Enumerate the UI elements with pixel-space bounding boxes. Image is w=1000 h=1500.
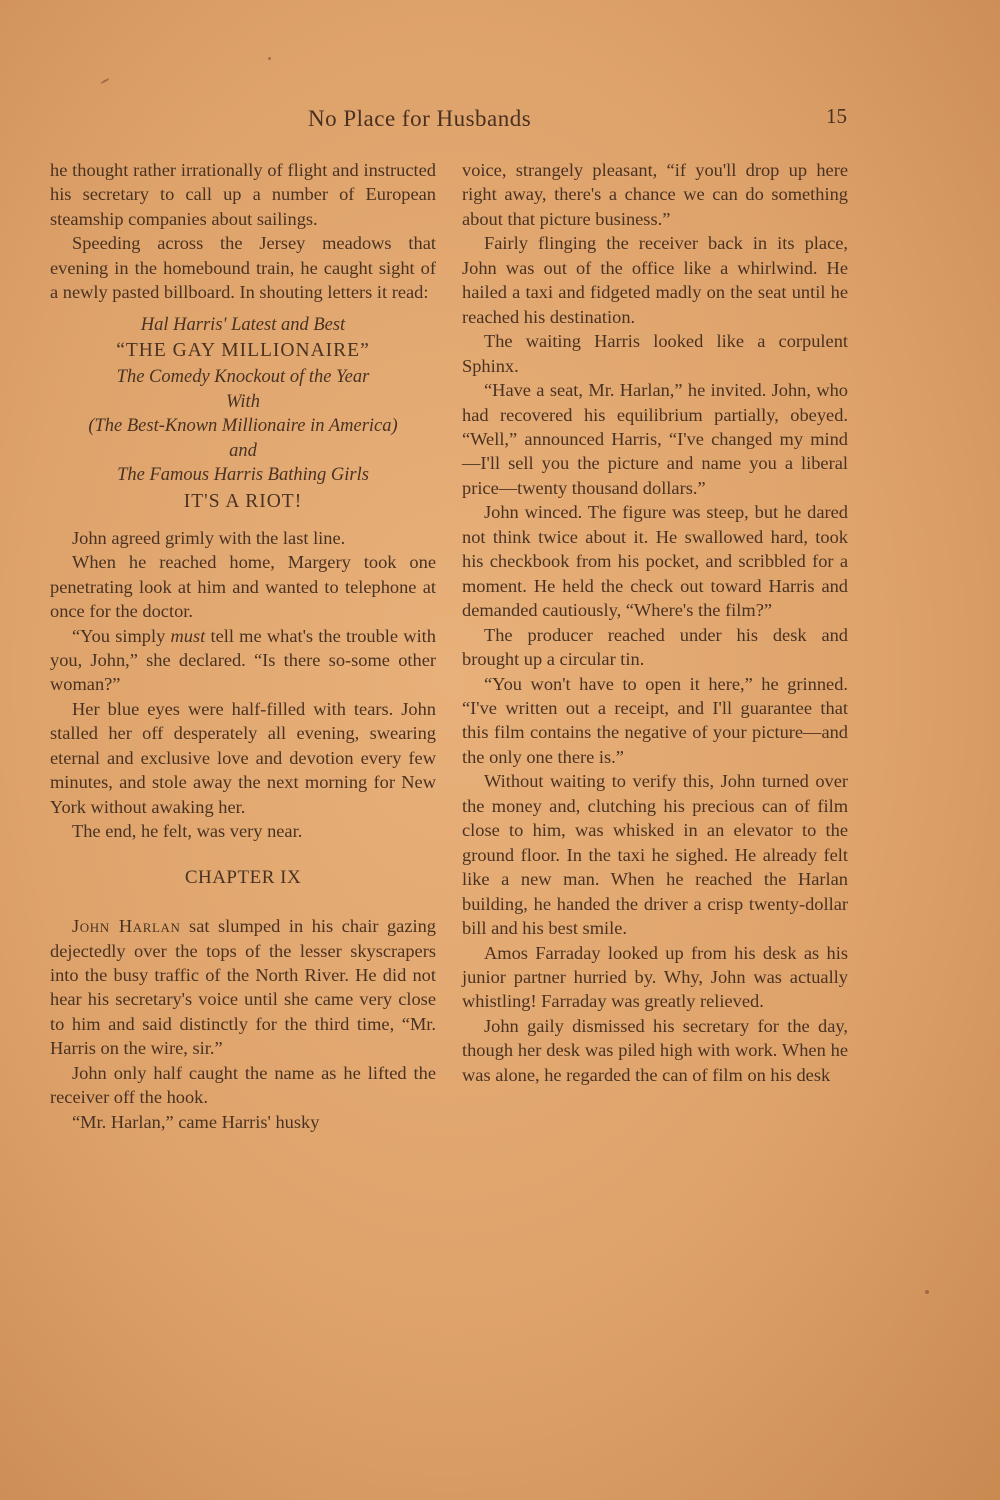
paragraph: John Harlan sat slumped in his chair gaz… [50, 914, 436, 1061]
character-name: John Harlan [72, 916, 181, 936]
paragraph: John agreed grimly with the last line. [50, 526, 436, 550]
paper-speck [100, 78, 110, 85]
right-column: voice, strangely pleasant, “if you'll dr… [462, 158, 848, 1087]
paragraph: John only half caught the name as he lif… [50, 1061, 436, 1110]
running-title: No Place for Husbands [308, 106, 531, 132]
billboard-title: “THE GAY MILLIONAIRE” [50, 337, 436, 365]
billboard-line: With [50, 390, 436, 415]
paragraph: Her blue eyes were half-filled with tear… [50, 697, 436, 819]
billboard-line: and [50, 439, 436, 464]
page-number: 15 [826, 104, 847, 129]
paragraph: voice, strangely pleasant, “if you'll dr… [462, 158, 848, 231]
emphasis: must [171, 626, 206, 646]
chapter-heading: CHAPTER IX [50, 866, 436, 890]
paragraph: “You simply must tell me what's the trou… [50, 624, 436, 697]
paragraph: Speeding across the Jersey meadows that … [50, 231, 436, 304]
billboard-line: The Famous Harris Bathing Girls [50, 463, 436, 488]
left-column: he thought rather irrationally of flight… [50, 158, 436, 1134]
paragraph: John gaily dismissed his secretary for t… [462, 1014, 848, 1087]
paragraph: The producer reached under his desk and … [462, 623, 848, 672]
billboard-line: Hal Harris' Latest and Best [50, 313, 436, 338]
paper-speck [925, 1290, 929, 1294]
paragraph: Without waiting to verify this, John tur… [462, 769, 848, 940]
paragraph: “Have a seat, Mr. Harlan,” he invited. J… [462, 378, 848, 500]
paragraph: “Mr. Harlan,” came Harris' husky [50, 1110, 436, 1134]
paragraph: Amos Farraday looked up from his desk as… [462, 941, 848, 1014]
paragraph: Fairly flinging the receiver back in its… [462, 231, 848, 329]
running-head: No Place for Husbands 15 [0, 106, 1000, 138]
billboard-line: (The Best-Known Millionaire in America) [50, 414, 436, 439]
paragraph: he thought rather irrationally of flight… [50, 158, 436, 231]
paragraph: John winced. The figure was steep, but h… [462, 500, 848, 622]
billboard-tagline: IT'S A RIOT! [50, 488, 436, 516]
paper-speck [268, 57, 271, 60]
billboard-text: Hal Harris' Latest and Best “THE GAY MIL… [50, 313, 436, 516]
book-page: No Place for Husbands 15 he thought rath… [0, 0, 1000, 1500]
paragraph: The end, he felt, was very near. [50, 819, 436, 843]
paragraph: “You won't have to open it here,” he gri… [462, 672, 848, 770]
billboard-line: The Comedy Knockout of the Year [50, 365, 436, 390]
paragraph: The waiting Harris looked like a corpule… [462, 329, 848, 378]
paragraph: When he reached home, Margery took one p… [50, 550, 436, 623]
